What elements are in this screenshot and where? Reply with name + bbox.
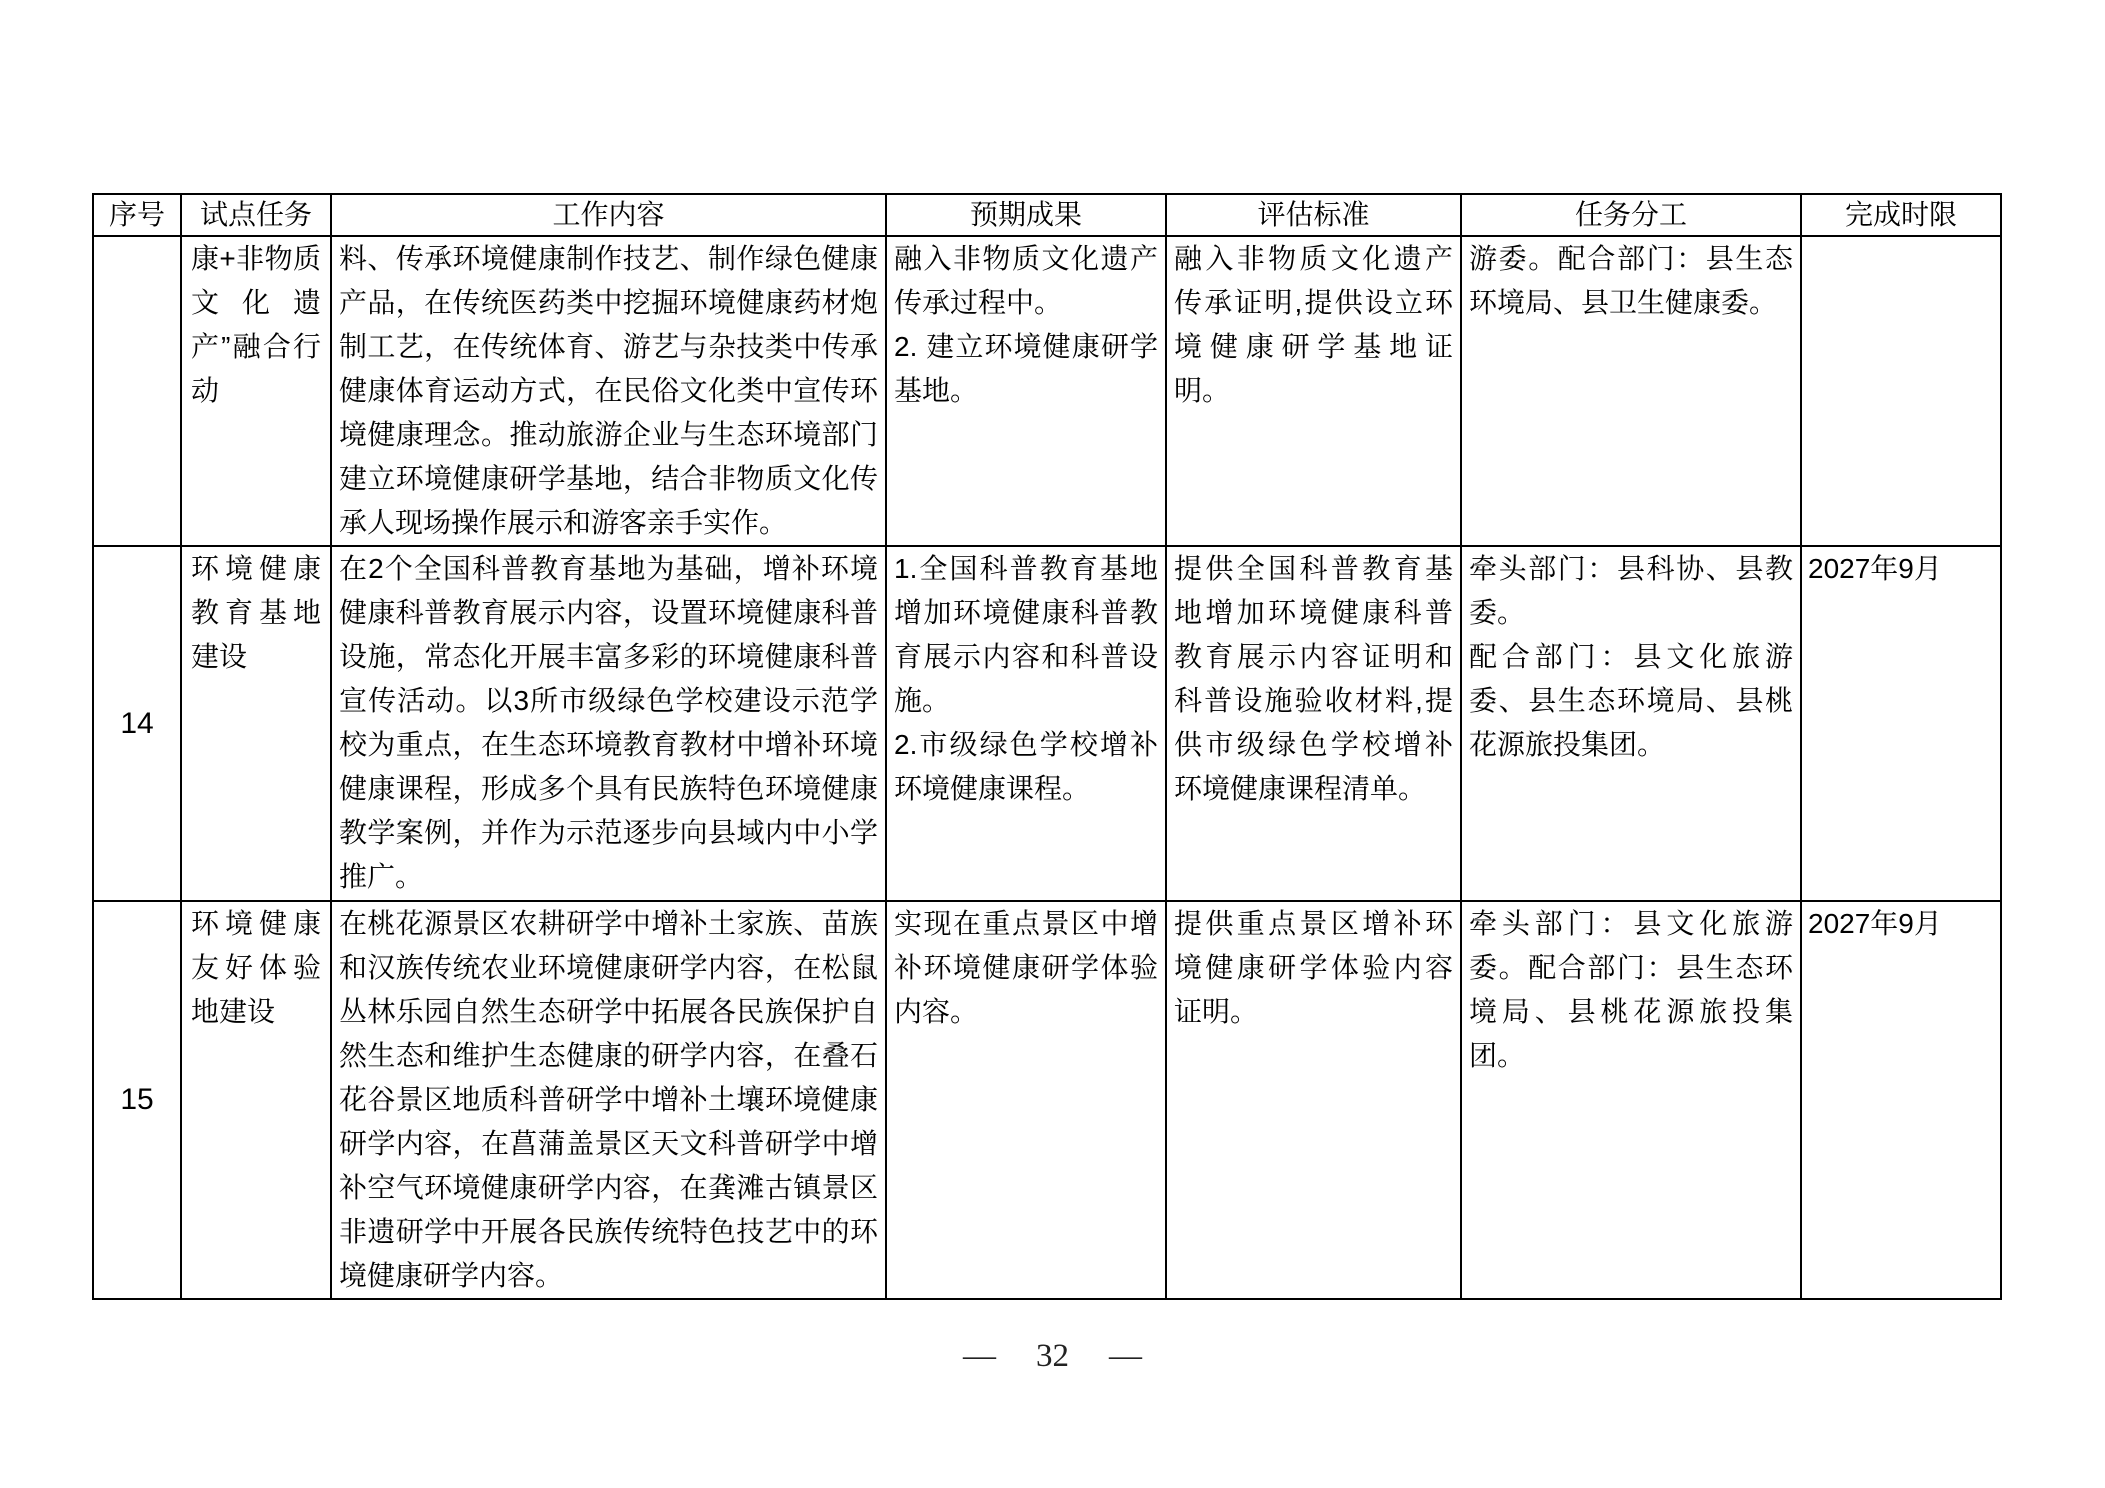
cell-expected-results: 融入非物质文化遗产传承过程中。 2. 建立环境健康研学基地。 xyxy=(886,236,1166,546)
cell-expected-results: 1.全国科普教育基地增加环境健康科普教育展示内容和科普设施。 2.市级绿色学校增… xyxy=(886,546,1166,901)
document-page: 序号 试点任务 工作内容 预期成果 评估标准 任务分工 完成时限 康+非物质文化… xyxy=(0,0,2105,1488)
cell-evaluation-criteria: 融入非物质文化遗产传承证明,提供设立环境健康研学基地证明。 xyxy=(1166,236,1461,546)
cell-serial-number: 15 xyxy=(93,901,181,1299)
footer-dash-left: — xyxy=(963,1338,996,1375)
table-row-15: 15 环境健康友好体验地建设 在桃花源景区农耕研学中增补土家族、苗族和汉族传统农… xyxy=(93,901,2001,1299)
cell-work-content: 料、传承环境健康制作技艺、制作绿色健康产品，在传统医药类中挖掘环境健康药材炮制工… xyxy=(331,236,886,546)
cell-task-division: 游委。配合部门：县生态环境局、县卫生健康委。 xyxy=(1461,236,1801,546)
cell-deadline xyxy=(1801,236,2001,546)
footer-dash-right: — xyxy=(1109,1338,1142,1375)
cell-pilot-task: 环境健康教育基地建设 xyxy=(181,546,331,901)
header-evaluation-criteria: 评估标准 xyxy=(1166,194,1461,236)
cell-work-content: 在2个全国科普教育基地为基础，增补环境健康科普教育展示内容，设置环境健康科普设施… xyxy=(331,546,886,901)
header-serial-number: 序号 xyxy=(93,194,181,236)
table-header-row: 序号 试点任务 工作内容 预期成果 评估标准 任务分工 完成时限 xyxy=(93,194,2001,236)
page-footer: — 32 — xyxy=(0,1338,2105,1375)
cell-deadline: 2027年9月 xyxy=(1801,901,2001,1299)
cell-pilot-task: 康+非物质文化遗产”融合行动 xyxy=(181,236,331,546)
cell-expected-results: 实现在重点景区中增补环境健康研学体验内容。 xyxy=(886,901,1166,1299)
cell-task-division: 牵头部门：县文化旅游委。配合部门：县生态环境局、县桃花源旅投集团。 xyxy=(1461,901,1801,1299)
cell-work-content: 在桃花源景区农耕研学中增补土家族、苗族和汉族传统农业环境健康研学内容，在松鼠丛林… xyxy=(331,901,886,1299)
cell-serial-number: 14 xyxy=(93,546,181,901)
cell-evaluation-criteria: 提供重点景区增补环境健康研学体验内容证明。 xyxy=(1166,901,1461,1299)
table-row-continuation: 康+非物质文化遗产”融合行动 料、传承环境健康制作技艺、制作绿色健康产品，在传统… xyxy=(93,236,2001,546)
cell-task-division: 牵头部门：县科协、县教委。 配合部门：县文化旅游委、县生态环境局、县桃花源旅投集… xyxy=(1461,546,1801,901)
cell-deadline: 2027年9月 xyxy=(1801,546,2001,901)
cell-evaluation-criteria: 提供全国科普教育基地增加环境健康科普教育展示内容证明和科普设施验收材料,提供市级… xyxy=(1166,546,1461,901)
header-deadline: 完成时限 xyxy=(1801,194,2001,236)
page-number: 32 xyxy=(1036,1338,1069,1375)
header-expected-results: 预期成果 xyxy=(886,194,1166,236)
table-row-14: 14 环境健康教育基地建设 在2个全国科普教育基地为基础，增补环境健康科普教育展… xyxy=(93,546,2001,901)
header-work-content: 工作内容 xyxy=(331,194,886,236)
pilot-task-table: 序号 试点任务 工作内容 预期成果 评估标准 任务分工 完成时限 康+非物质文化… xyxy=(92,193,2002,1300)
header-pilot-task: 试点任务 xyxy=(181,194,331,236)
cell-serial-number xyxy=(93,236,181,546)
header-task-division: 任务分工 xyxy=(1461,194,1801,236)
cell-pilot-task: 环境健康友好体验地建设 xyxy=(181,901,331,1299)
